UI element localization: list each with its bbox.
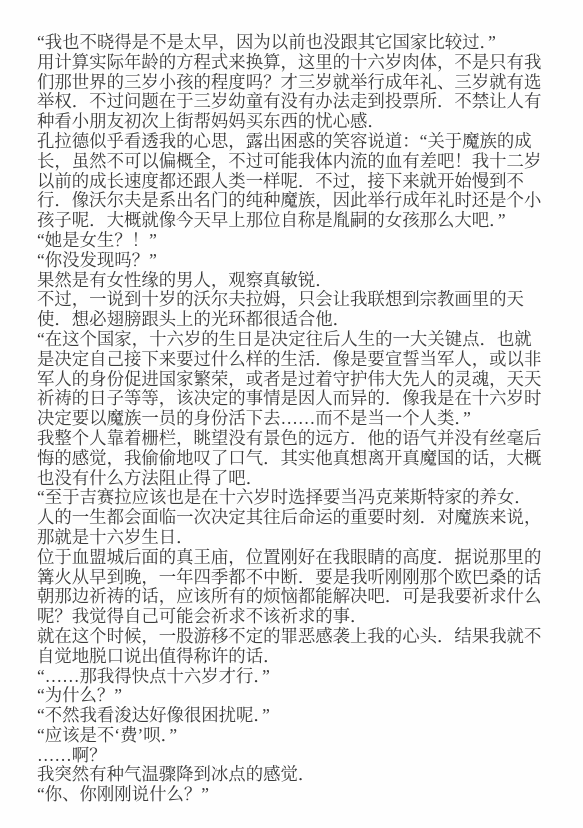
text-line: “应该是不‘费’呗．”: [37, 726, 551, 746]
text-line: 呢？我觉得自己可能会祈求不该祈求的事．: [37, 607, 551, 627]
text-line: 祈祷的日子等等，该决定的事情是因人而异的．像我是在十六岁时: [37, 389, 551, 409]
text-line: 篝火从早到晚，一年四季都不中断．要是我听刚刚那个欧巴桑的话: [37, 568, 551, 588]
text-line: “为什么？”: [37, 686, 551, 706]
text-line: 使．想必翅膀跟头上的光环都很适合他．: [37, 310, 551, 330]
text-line: “不然我看浚达好像很困扰呢．”: [37, 706, 551, 726]
text-line: 果然是有女性缘的男人，观察真敏锐．: [37, 271, 551, 291]
text-line: 决定要以魔族一员的身份活下去……而不是当一个人类．”: [37, 409, 551, 429]
text-line: 朝那边祈祷的话，应该所有的烦恼都能解决吧．可是我要祈求什么: [37, 587, 551, 607]
text-line: 用计算实际年龄的方程式来换算，这里的十六岁肉体，不是只有我: [37, 53, 551, 73]
text-line: 也没有什么方法阻止得了吧．: [37, 469, 551, 489]
text-line: “我也不晓得是不是太早，因为以前也没跟其它国家比较过．”: [37, 33, 551, 53]
text-line: 孔拉德似乎看透我的心思，露出困惑的笑容说道：“关于魔族的成: [37, 132, 551, 152]
text-line: “她是女生？！”: [37, 231, 551, 251]
text-line: 悔的感觉，我偷偷地叹了口气．其实他真想离开真魔国的话，大概: [37, 449, 551, 469]
text-line: 行．像沃尔夫是系出名门的纯种魔族，因此举行成年礼时还是个小: [37, 191, 551, 211]
text-line: 种看小朋友初次上街帮妈妈买东西的忧心感．: [37, 112, 551, 132]
text-line: 孩子呢．大概就像今天早上那位自称是胤嗣的女孩那么大吧．”: [37, 211, 551, 231]
text-line: 我整个人靠着栅栏，眺望没有景色的远方．他的语气并没有丝毫后: [37, 429, 551, 449]
text-line: 就在这个时候，一股游移不定的罪恶感袭上我的心头．结果我就不: [37, 627, 551, 647]
text-line: 们那世界的三岁小孩的程度吗？才三岁就举行成年礼、三岁就有选: [37, 73, 551, 93]
text-line: 是决定自己接下来要过什么样的生活．像是要宣誓当军人，或以非: [37, 350, 551, 370]
text-block: “我也不晓得是不是太早，因为以前也没跟其它国家比较过．”用计算实际年龄的方程式来…: [37, 33, 551, 805]
text-line: “……那我得快点十六岁才行．”: [37, 667, 551, 687]
text-line: “你没发现吗？”: [37, 251, 551, 271]
text-line: 自觉地脱口说出值得称许的话．: [37, 647, 551, 667]
text-line: ……啊？: [37, 746, 551, 766]
text-line: 举权．不过问题在于三岁幼童有没有办法走到投票所．不禁让人有: [37, 92, 551, 112]
text-line: 长，虽然不可以偏概全，不过可能我体内流的血有差吧！我十二岁: [37, 152, 551, 172]
text-line: 不过，一说到十岁的沃尔夫拉姆，只会让我联想到宗教画里的天: [37, 290, 551, 310]
text-line: “你、你刚刚说什么？”: [37, 785, 551, 805]
text-line: “至于吉赛拉应该也是在十六岁时选择要当冯克莱斯特家的养女．: [37, 488, 551, 508]
text-line: 位于血盟城后面的真王庙，位置刚好在我眼睛的高度．据说那里的: [37, 548, 551, 568]
text-line: 那就是十六岁生日．: [37, 528, 551, 548]
text-line: 军人的身份促进国家繁荣，或者是过着守护伟大先人的灵魂，天天: [37, 370, 551, 390]
text-line: 以前的成长速度都还跟人类一样呢．不过，接下来就开始慢到不: [37, 172, 551, 192]
text-line: “在这个国家，十六岁的生日是决定往后人生的一大关键点．也就: [37, 330, 551, 350]
text-line: 人的一生都会面临一次决定其往后命运的重要时刻．对魔族来说，: [37, 508, 551, 528]
scanned-book-page: “我也不晓得是不是太早，因为以前也没跟其它国家比较过．”用计算实际年龄的方程式来…: [0, 0, 583, 828]
text-line: 我突然有种气温骤降到冰点的感觉．: [37, 765, 551, 785]
